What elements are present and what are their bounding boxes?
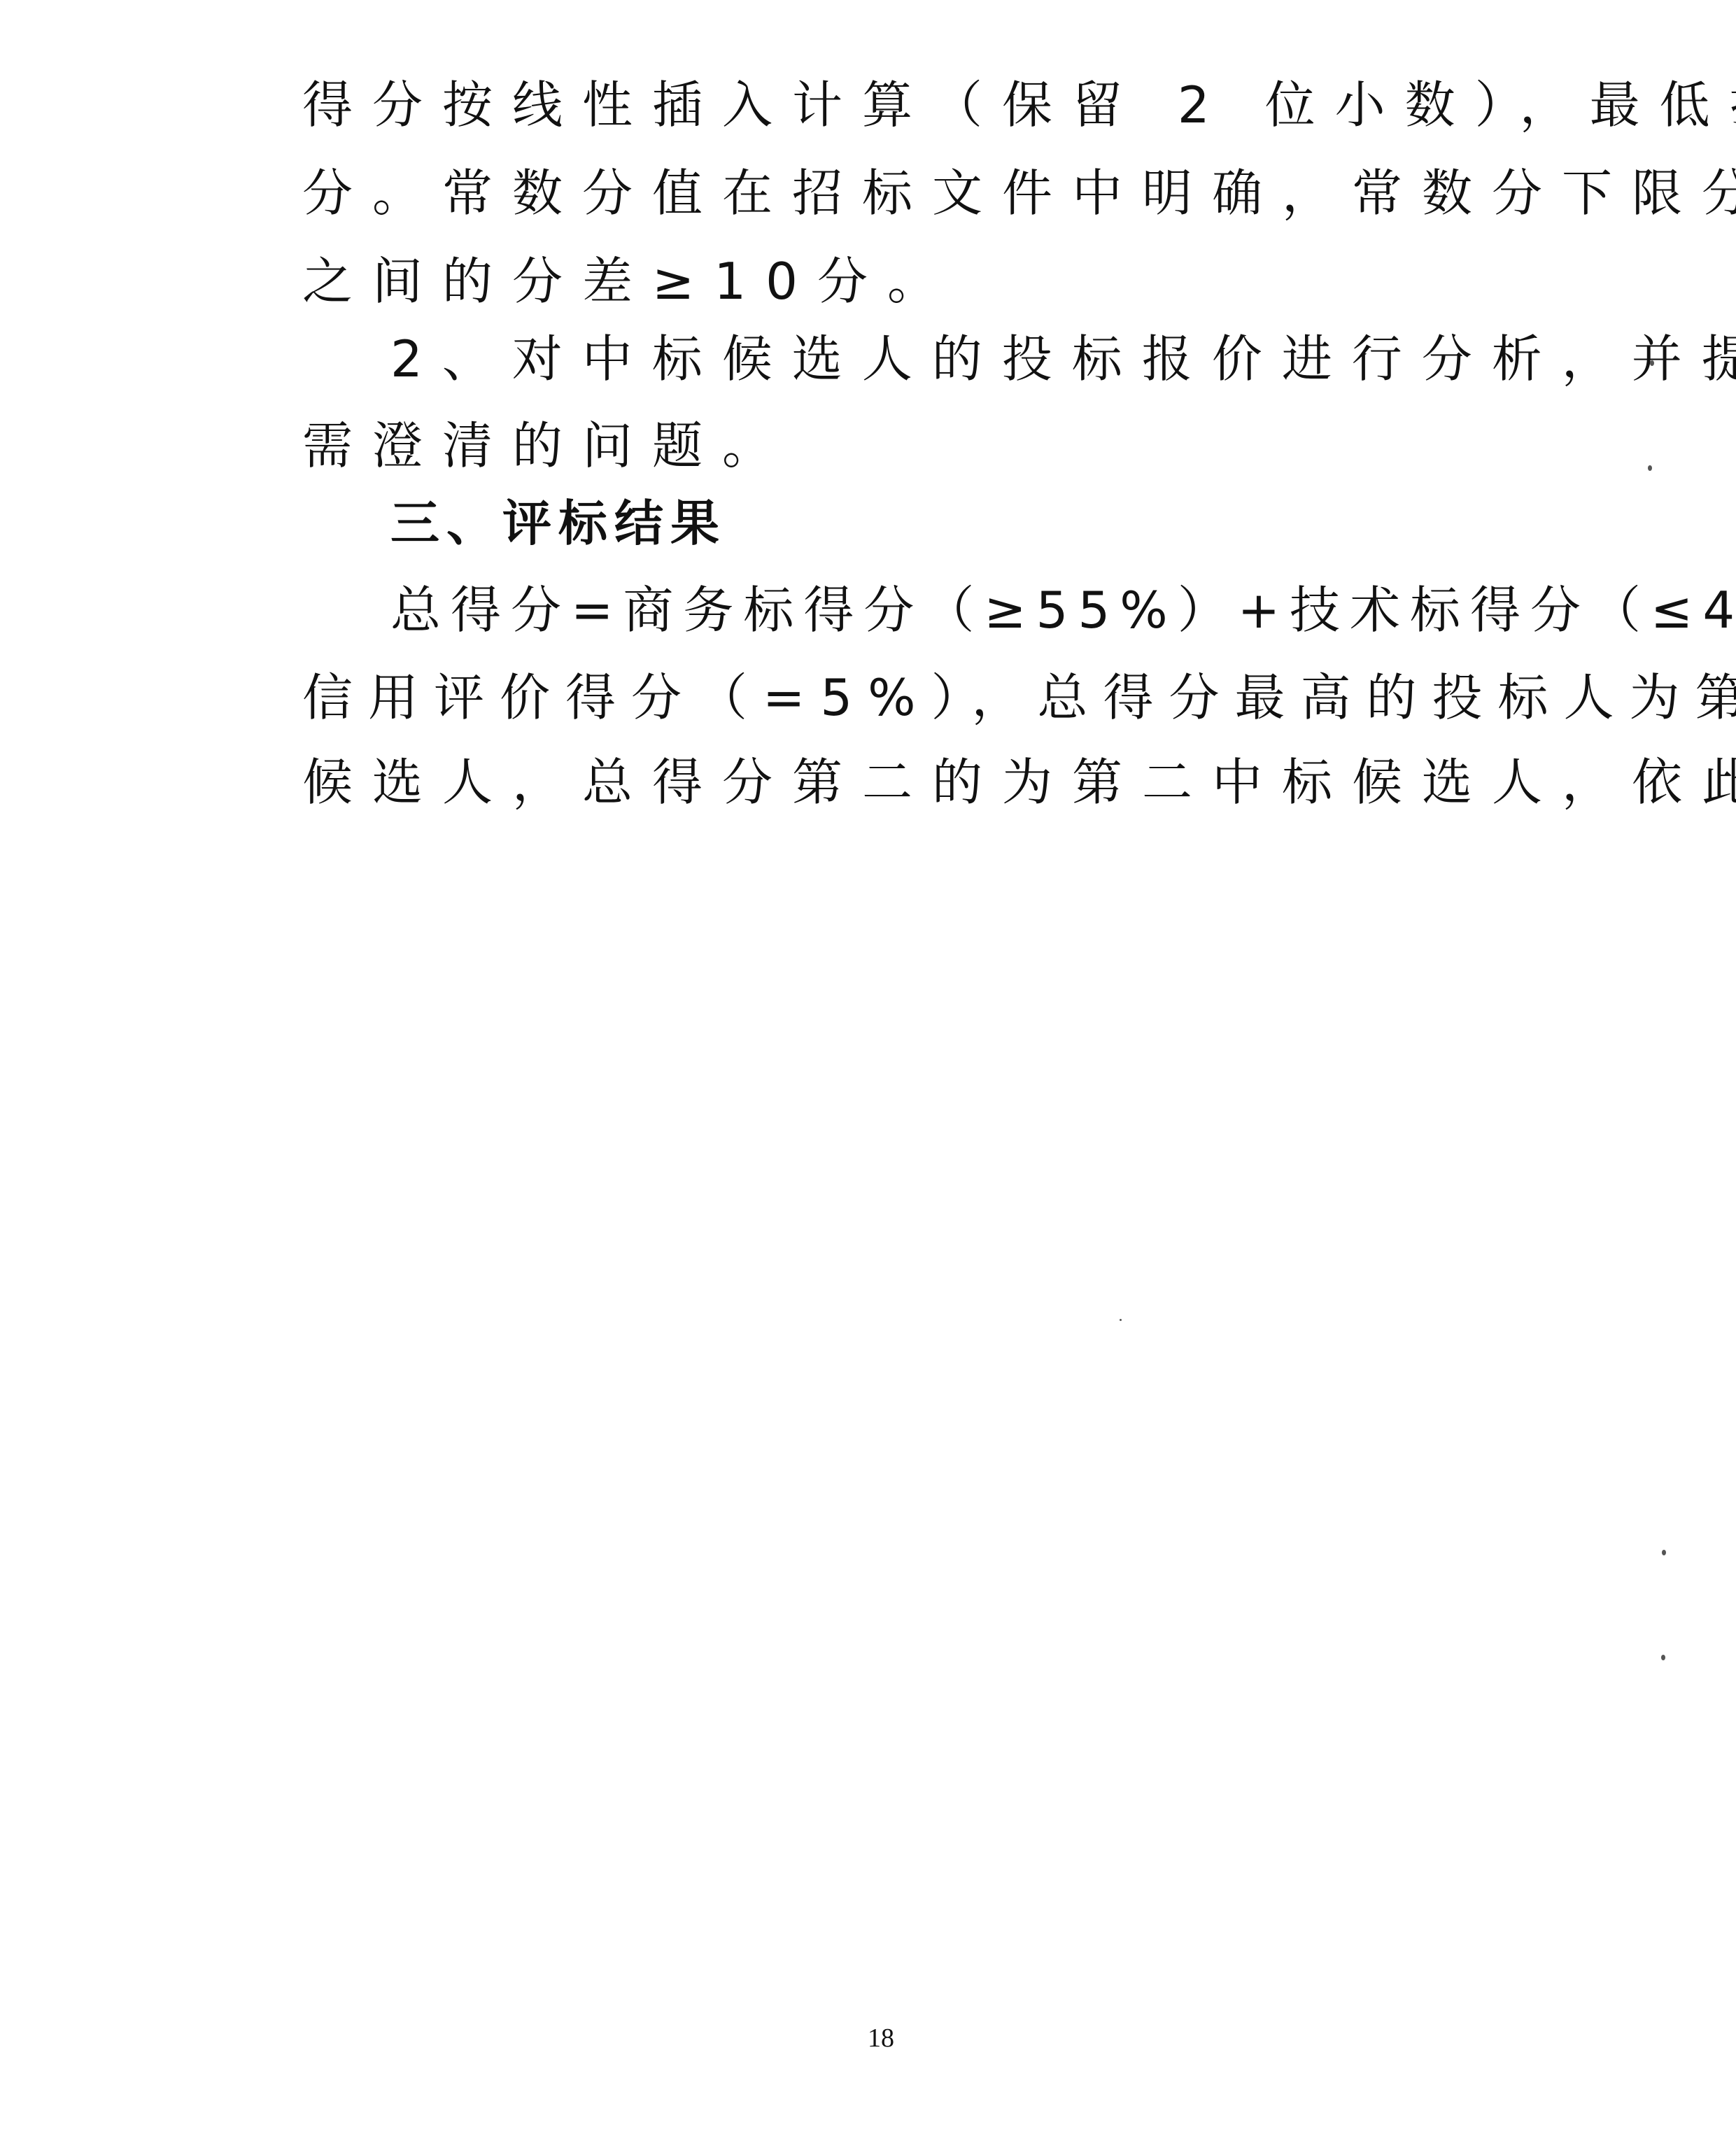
paragraph-line: 之间的分差≥10分。 bbox=[302, 246, 1443, 316]
paragraph-line: 候选人，总得分第二的为第二中标候选人，依此类推。 bbox=[302, 747, 1443, 817]
list-item-line: 需澄清的问题。 bbox=[302, 411, 1443, 481]
scan-speck bbox=[1120, 1319, 1122, 1321]
list-item-line: 2、对中标候选人的投标报价进行分析，并提出定标 bbox=[390, 324, 1531, 394]
scan-speck bbox=[1661, 1655, 1665, 1660]
paragraph-line: 总得分=商务标得分（≥55%）+技术标得分（≤40%）+ bbox=[390, 575, 1531, 645]
scan-speck bbox=[1648, 465, 1652, 471]
paragraph-line: 信用评价得分（=5%），总得分最高的投标人为第一中标 bbox=[302, 663, 1443, 733]
scan-speck bbox=[1662, 1550, 1666, 1555]
document-page: 得分按线性插入计算（保留 2 位小数），最低扣至常数 分。常数分值在招标文件中明… bbox=[0, 0, 1736, 2148]
page-number: 18 bbox=[868, 2024, 894, 2052]
section-heading: 三、评标结果 bbox=[390, 488, 1531, 558]
scan-speck bbox=[1650, 360, 1654, 366]
paragraph-line: 分。常数分值在招标文件中明确，常数分下限分值与满分 bbox=[302, 158, 1443, 228]
paragraph-line: 得分按线性插入计算（保留 2 位小数），最低扣至常数 bbox=[302, 70, 1443, 140]
